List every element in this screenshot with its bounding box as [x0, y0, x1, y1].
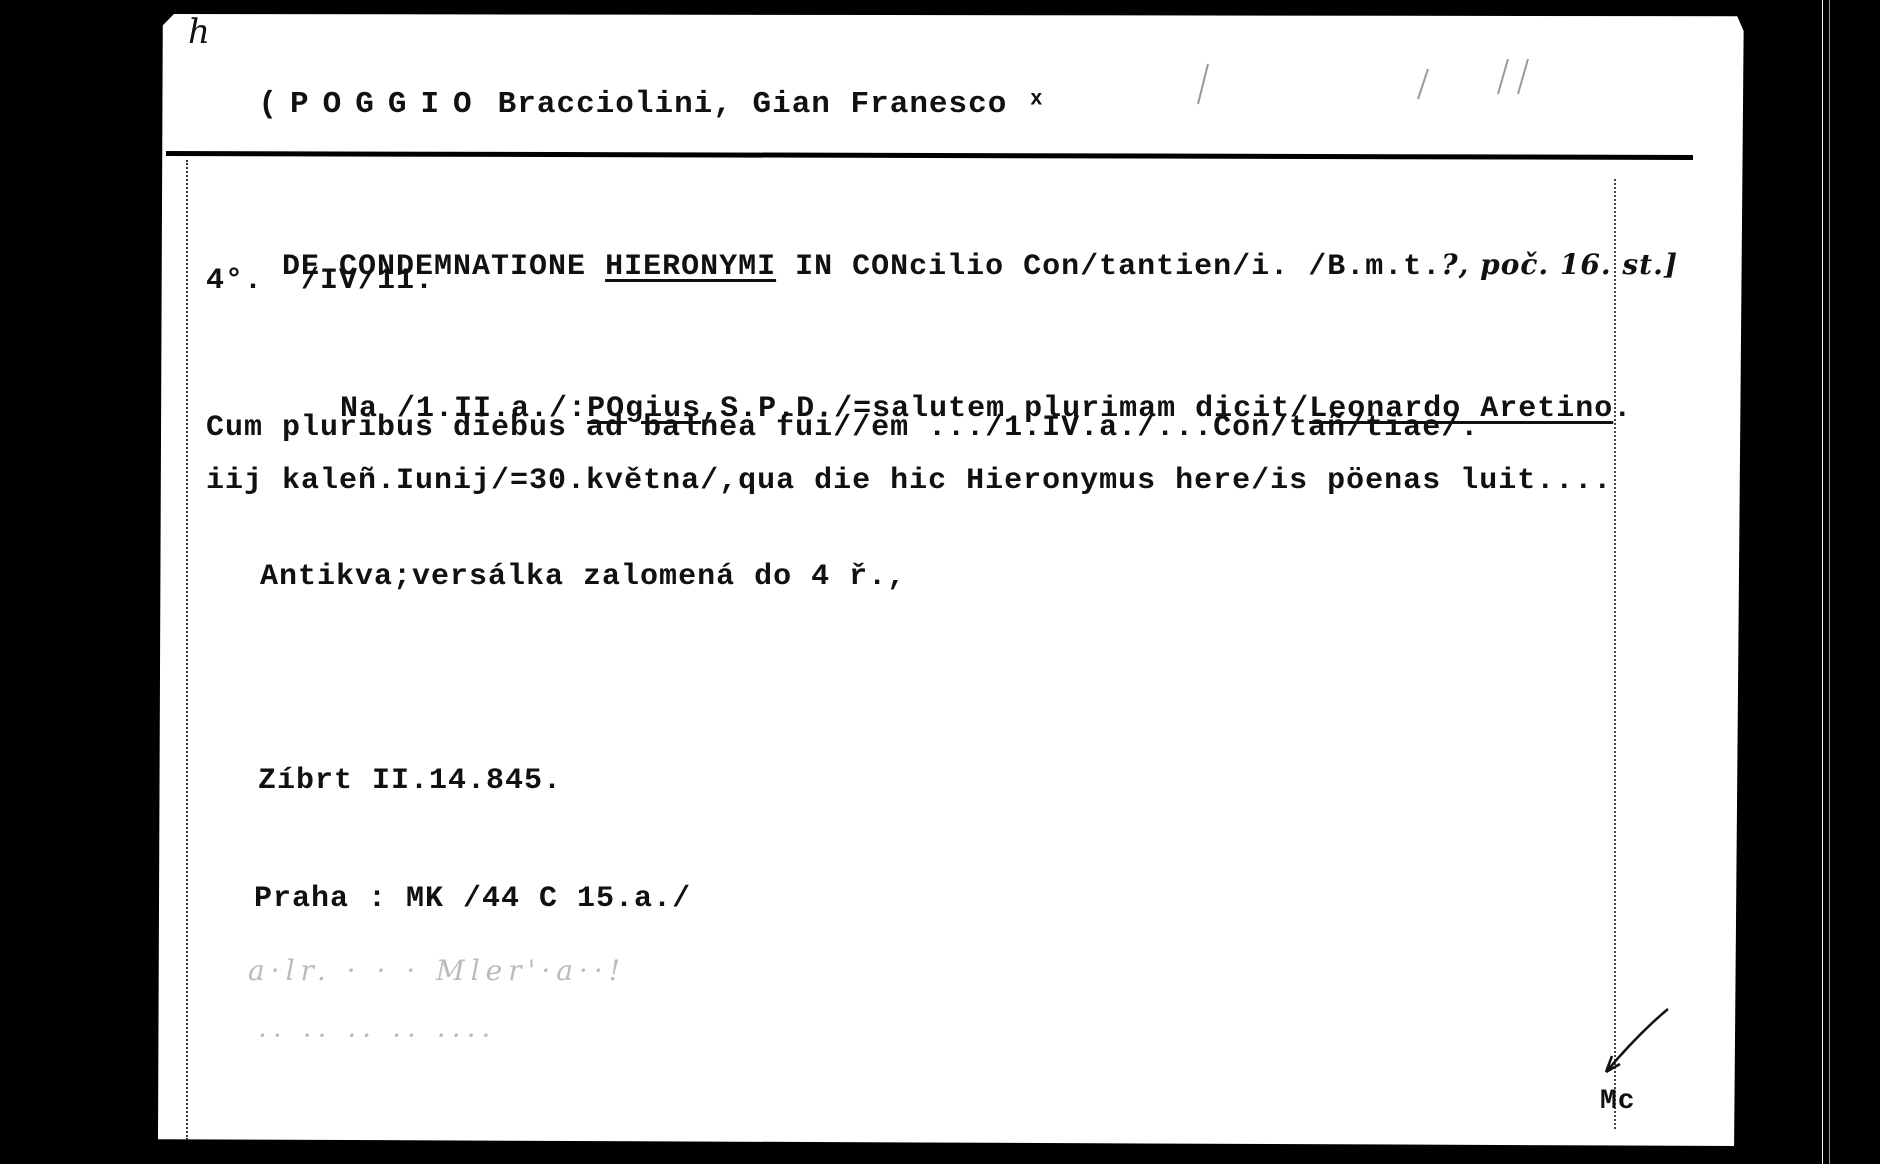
holding-location: Praha : MK /44 C 15.a./: [254, 882, 691, 916]
incipit-line-3: iij kaleñ.Iunij/=30.května/,qua die hic …: [206, 464, 1612, 498]
card-heading: (POGGIOBracciolini, Gian Franesco ˣ: [180, 52, 1047, 157]
typography-note: Antikva;versálka zalomená do 4 ř.,: [260, 560, 906, 594]
bibliographic-reference: Zíbrt II.14.845.: [258, 764, 562, 798]
cataloger-initials: Mc: [1600, 1086, 1636, 1117]
author-surname: POGGIO: [290, 87, 486, 122]
pencil-note: a·lr. · · · Mler'·a··!: [248, 954, 626, 987]
format-line: 4°. /IV/11.: [206, 264, 434, 298]
margin-line: [186, 160, 188, 1140]
author-name: Bracciolini, Gian Franesco: [498, 87, 1008, 122]
incipit-line-2: Cum pluribus diebus ad balnea fui//em ..…: [206, 411, 1479, 445]
checkmark-icon: [1598, 1004, 1678, 1084]
title-underlined: HIERONYMI: [605, 250, 776, 284]
heading-close-mark: ˣ: [1027, 87, 1047, 122]
margin-line: [1614, 179, 1616, 1129]
pencil-note: ·· ·· ·· ·· ····: [258, 1019, 496, 1052]
heading-open-paren: (: [258, 87, 278, 122]
header-rule: [166, 151, 1693, 160]
scan-edge-line: [1829, 0, 1830, 1164]
scan-edge-line: [1822, 0, 1823, 1164]
handwritten-dating: ?, poč. 16. st.]: [1441, 248, 1678, 281]
catalog-card: h (POGGIOBracciolini, Gian Franesco ˣ DE…: [158, 14, 1750, 1146]
pencil-strokes: [1088, 54, 1588, 114]
handwritten-mark: h: [188, 12, 210, 52]
